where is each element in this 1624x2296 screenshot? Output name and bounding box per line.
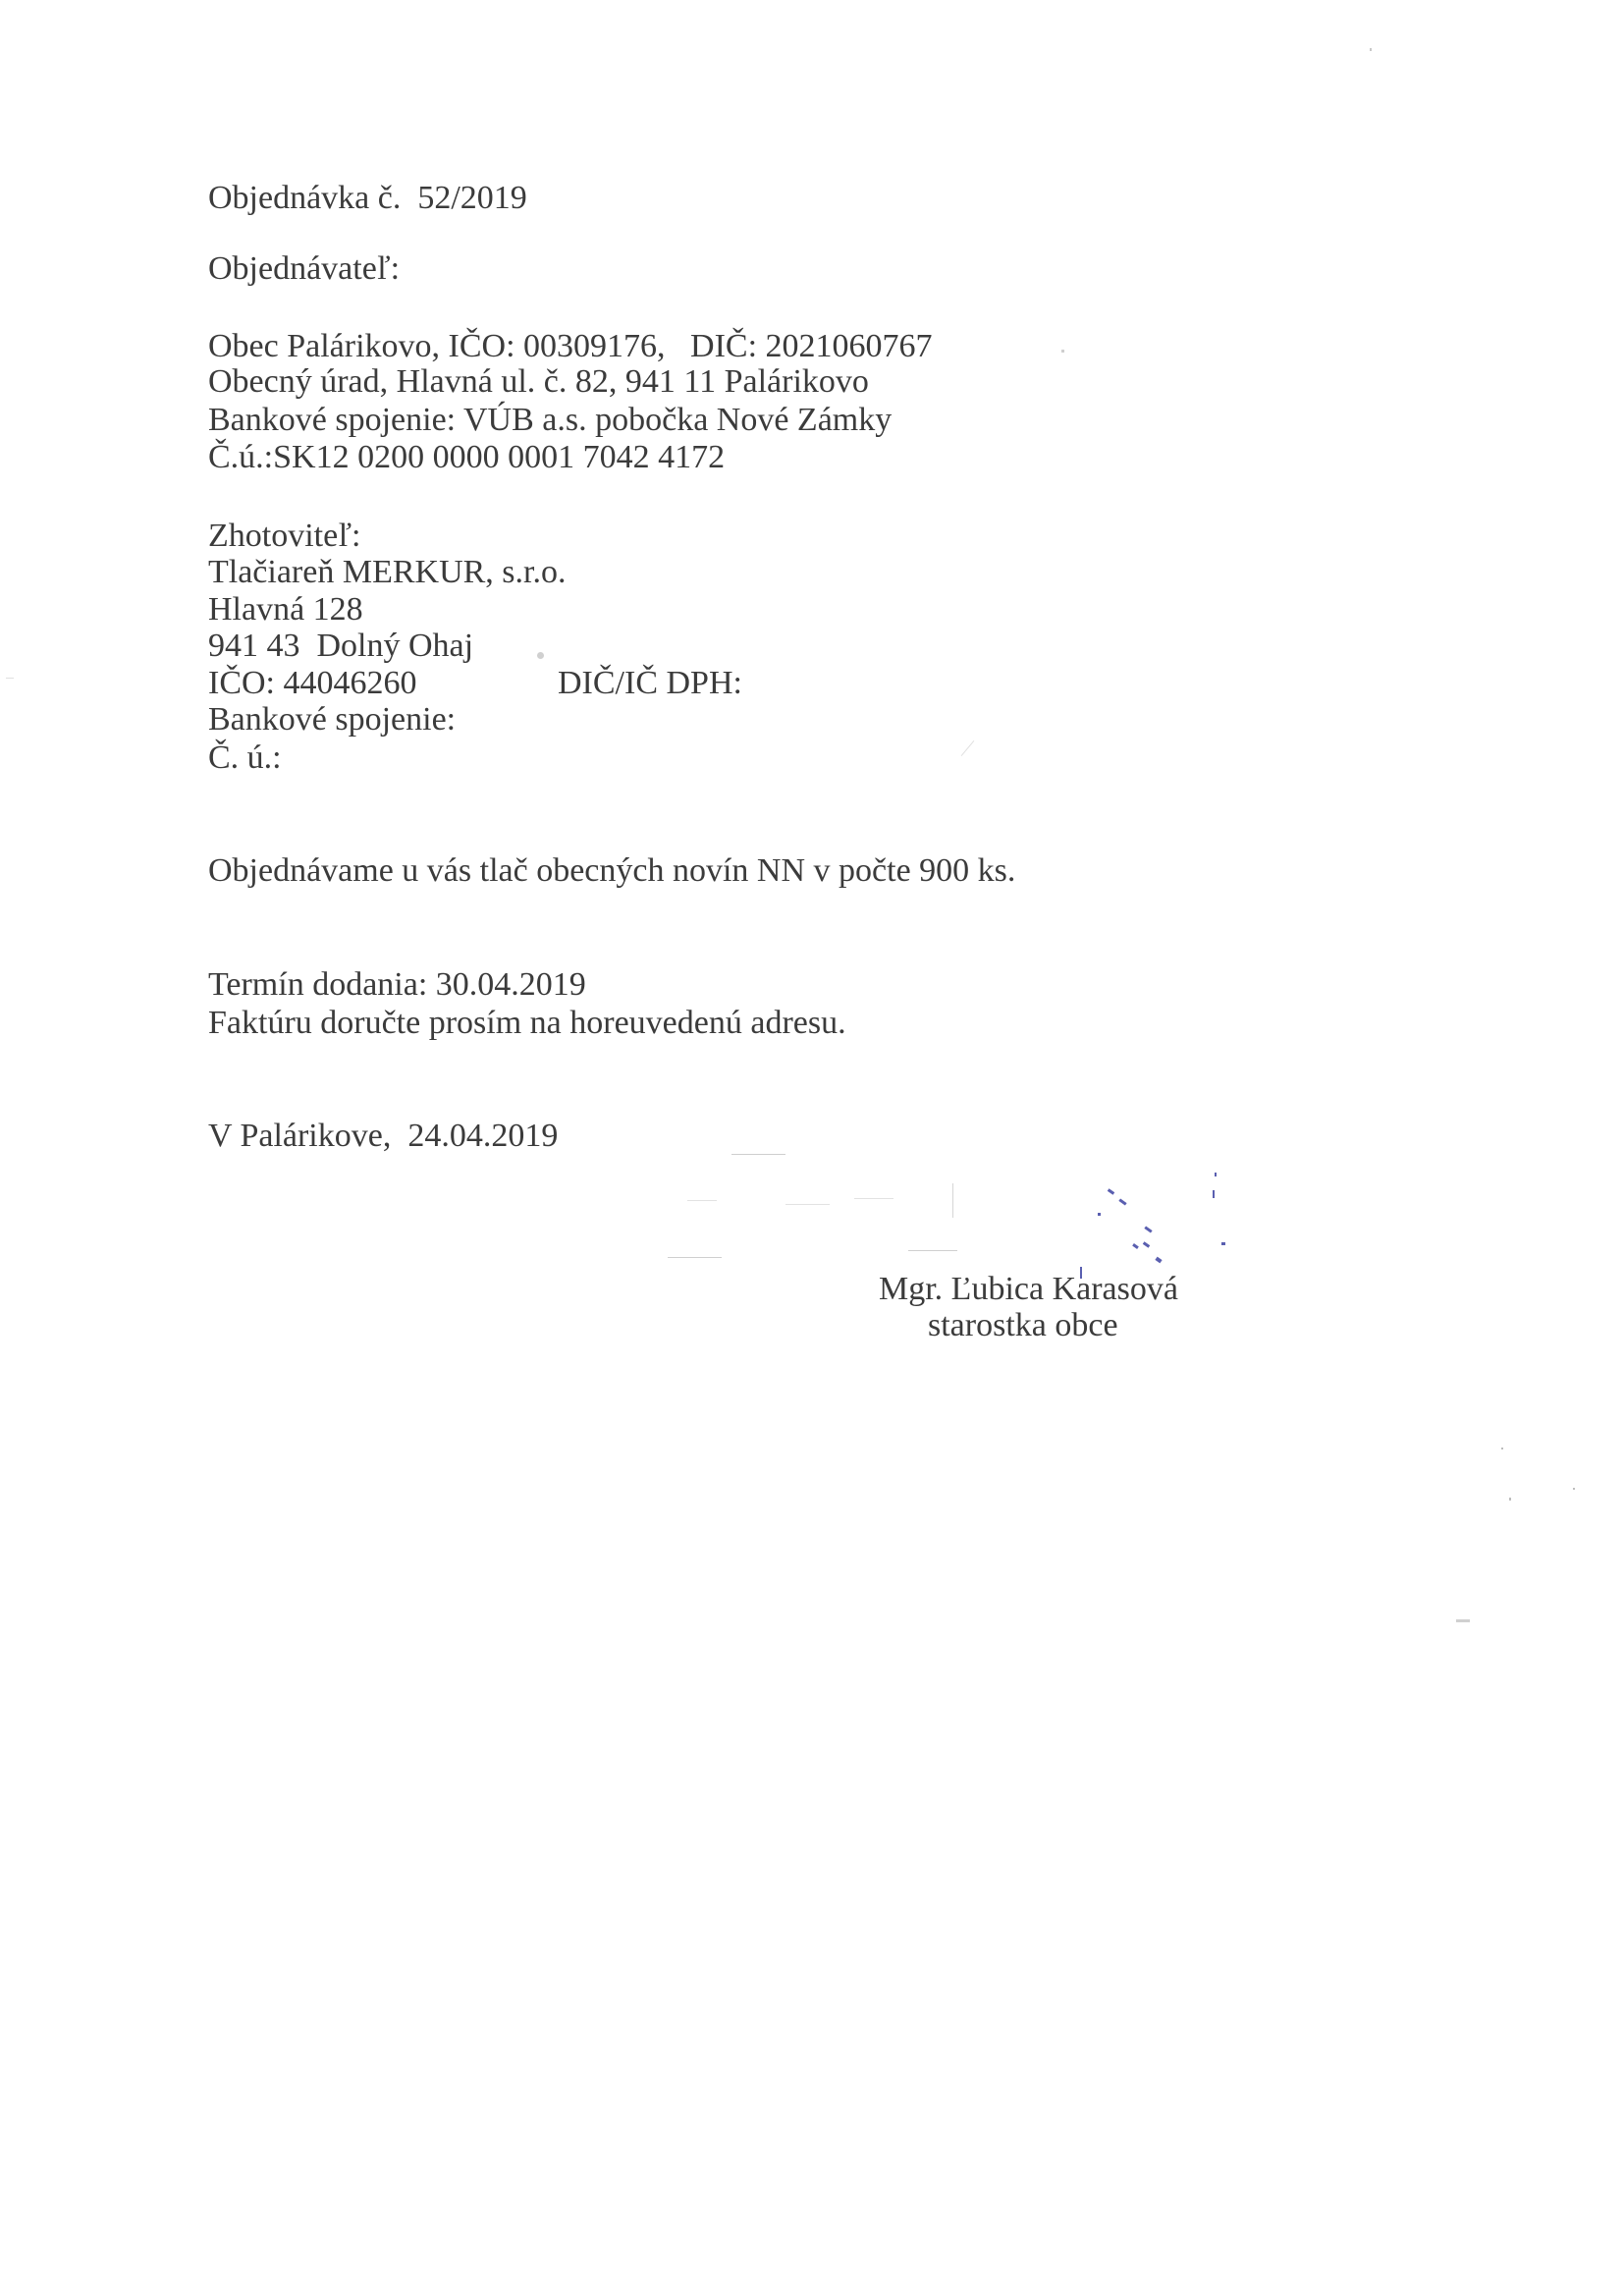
contractor-name: Tlačiareň MERKUR, s.r.o. <box>208 556 567 589</box>
contractor-city: 941 43 Dolný Ohaj <box>208 629 473 663</box>
signatory-name: Mgr. Ľubica Karasová <box>879 1273 1178 1306</box>
order-number-title: Objednávka č. 52/2019 <box>208 182 527 215</box>
contractor-heading: Zhotoviteľ: <box>208 519 360 553</box>
place-and-date: V Palárikove, 24.04.2019 <box>208 1120 558 1153</box>
orderer-line-address: Obecný úrad, Hlavná ul. č. 82, 941 11 Pa… <box>208 365 869 399</box>
invoice-note: Faktúru doručte prosím na horeuvedenú ad… <box>208 1007 846 1040</box>
contractor-bank: Bankové spojenie: <box>208 703 456 737</box>
orderer-line-ids: Obec Palárikovo, IČO: 00309176, DIČ: 202… <box>208 330 933 363</box>
orderer-line-account: Č.ú.:SK12 0200 0000 0001 7042 4172 <box>208 441 725 474</box>
contractor-dic: DIČ/IČ DPH: <box>558 667 742 700</box>
contractor-street: Hlavná 128 <box>208 593 363 627</box>
delivery-deadline: Termín dodania: 30.04.2019 <box>208 968 586 1002</box>
signatory-role: starostka obce <box>928 1309 1118 1342</box>
contractor-account: Č. ú.: <box>208 741 282 775</box>
orderer-line-bank: Bankové spojenie: VÚB a.s. pobočka Nové … <box>208 404 892 437</box>
contractor-ico: IČO: 44046260 <box>208 667 417 700</box>
order-text: Objednávame u vás tlač obecných novín NN… <box>208 854 1015 888</box>
orderer-heading: Objednávateľ: <box>208 252 400 286</box>
